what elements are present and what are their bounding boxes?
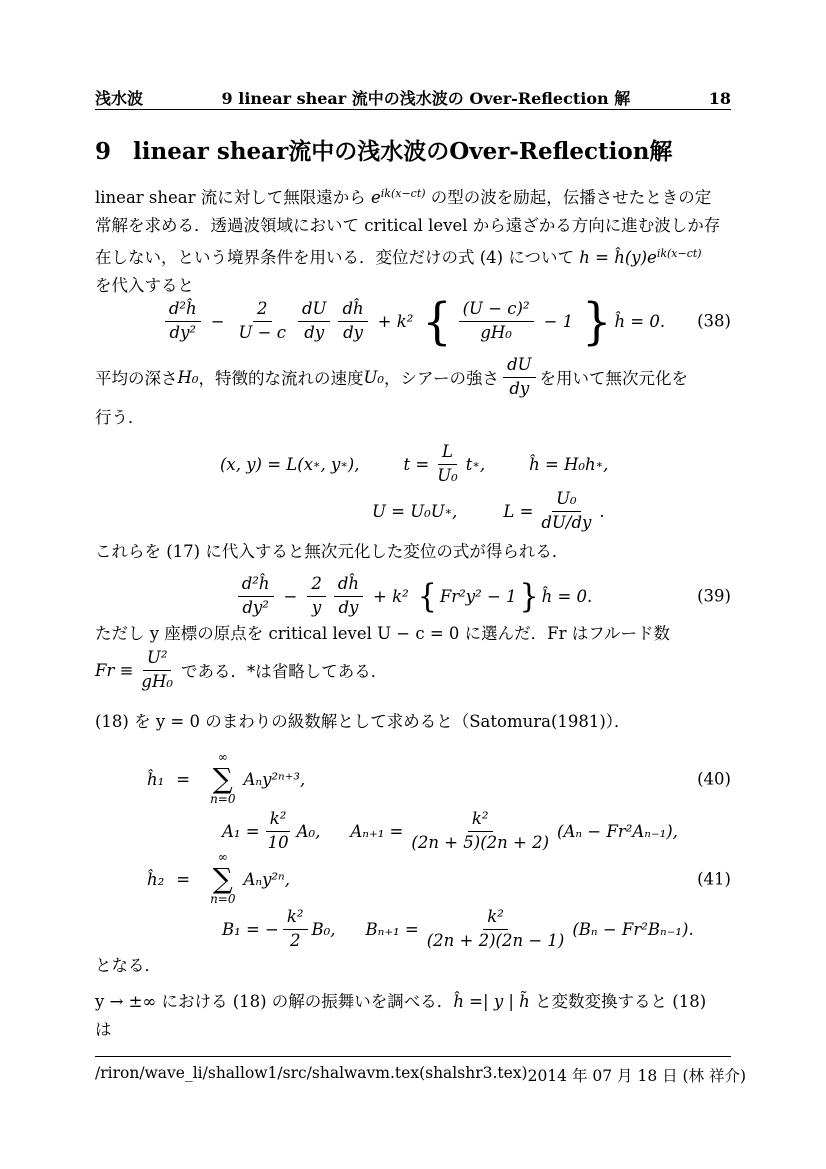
left-brace: { (422, 292, 451, 350)
running-head-left: 浅水波 (95, 86, 143, 109)
text: これらを (17) に代入すると無次元化した変位の式が得られる． (95, 542, 568, 561)
equation-number: (40) (697, 770, 731, 789)
equation-40-line-1: ĥ₁ = ∞ ∑ n=0 Aₙy²ⁿ⁺³, (40) (95, 752, 731, 806)
fraction: k²(2n + 5)(2n + 2) (407, 809, 553, 853)
numerator: k² (283, 907, 308, 930)
math: t (466, 455, 473, 474)
equation-number: (38) (697, 312, 731, 331)
text: y → ±∞ における (18) の解の振舞いを調べる． (95, 992, 453, 1011)
denominator: dy (300, 322, 328, 344)
numerator: 2 (253, 299, 272, 322)
math-Bn1: Bₙ₊₁ = (366, 920, 419, 939)
math-series-term: Aₙy²ⁿ, (244, 870, 290, 889)
nondim-equations-row-2: U = U₀U∗, L = U₀dU/dy . (95, 488, 731, 534)
denominator: y (308, 597, 325, 619)
fraction: LU₀ (433, 442, 462, 486)
sum-lower-limit: n=0 (210, 893, 235, 907)
fraction: U²gH₀ (137, 648, 177, 692)
denominator: dy (505, 378, 533, 400)
denominator: dy (334, 597, 362, 619)
math-An1: Aₙ₊₁ = (350, 822, 403, 841)
denominator: dy² (238, 597, 273, 619)
superscript-star: ∗ (472, 458, 479, 471)
fraction: dĥdy (334, 574, 363, 618)
superscript-star: ∗ (313, 458, 320, 471)
paragraph-1-line-3: 在しない，という境界条件を用いる．変位だけの式 (4) について h = ĥ(y… (95, 240, 731, 272)
math-recurrence: (Bₙ − Fr²Bₙ₋₁). (572, 920, 693, 939)
sigma-symbol: ∑ (213, 865, 233, 893)
fraction: k²10 (264, 809, 293, 853)
denominator: (2n + 5)(2n + 2) (407, 832, 553, 854)
denominator: dy (339, 322, 367, 344)
fraction: k²(2n + 2)(2n − 1) (423, 907, 569, 951)
equation-40-line-2: A₁ = k²10 A₀, Aₙ₊₁ = k²(2n + 5)(2n + 2) … (95, 808, 731, 854)
footer-date-author: 2014 年 07 月 18 日 (林 祥介) (528, 1064, 746, 1086)
math-h2-hat: ĥ₂ (147, 870, 164, 889)
math-recurrence: (Aₙ − Fr²Aₙ₋₁), (557, 822, 678, 841)
section-number: 9 (95, 138, 111, 165)
operator-plus-k2: + k² (373, 587, 409, 606)
math: (x, y) = L(x (220, 455, 313, 474)
superscript-star: ∗ (340, 458, 347, 471)
paragraph-5: (18) を y = 0 のまわりの級数解として求めると（Satomura(19… (95, 708, 731, 736)
math-e: e (371, 188, 381, 207)
text: 在しない，という境界条件を用いる．変位だけの式 (4) について (95, 248, 579, 267)
fraction: dUdy (298, 299, 330, 343)
footer: /riron/wave_li/shallow1/src/shalwavm.tex… (95, 1064, 731, 1086)
fraction: U₀dU/dy (537, 489, 595, 533)
denominator: 2 (286, 930, 305, 952)
fraction: d²ĥdy² (165, 299, 201, 343)
sigma-symbol: ∑ (213, 765, 233, 793)
numerator: d²ĥ (238, 574, 274, 597)
paragraph-4-line-2: Fr ≡ U²gH₀ である．*は省略してある． (95, 644, 731, 696)
text: linear shear 流に対して無限遠から (95, 188, 371, 207)
equals-sign: = (176, 870, 190, 889)
math: ĥ = H₀h (529, 455, 596, 474)
equation-38: d²ĥdy² − 2U − c dUdy dĥdy + k² { (U − c)… (95, 292, 731, 350)
numerator: dĥ (334, 574, 363, 597)
math: , (603, 455, 608, 474)
math-Fr: Fr ≡ (95, 661, 133, 680)
footer-file-path: /riron/wave_li/shallow1/src/shalwavm.tex… (95, 1064, 528, 1086)
equation-tail: ĥ = 0. (614, 312, 665, 331)
operator-plus-k2: + k² (378, 312, 414, 331)
math-variable-change: ĥ =| y | h̃ (453, 992, 530, 1011)
summation: ∞ ∑ n=0 (210, 751, 235, 807)
text: を用いて無次元化を (540, 365, 689, 389)
paragraph-3: これらを (17) に代入すると無次元化した変位の式が得られる． (95, 538, 731, 566)
numerator: dU (298, 299, 330, 322)
denominator: gH₀ (137, 671, 177, 693)
denominator: 10 (264, 832, 293, 854)
page-number: 18 (709, 89, 731, 108)
math-h1-hat: ĥ₁ (147, 770, 164, 789)
equation-number: (41) (697, 870, 731, 889)
numerator: U² (143, 648, 172, 671)
text: ，シアーの強さ (384, 365, 499, 389)
math-A0: A₀, (297, 822, 321, 841)
numerator: (U − c)² (459, 299, 534, 322)
math-U0: U₀ (364, 368, 385, 387)
paragraph-7-line-2: は (95, 1016, 731, 1044)
denominator: U₀ (433, 465, 462, 487)
running-head-center: 9 linear shear 流中の浅水波の Over-Reflection 解 (222, 86, 631, 109)
left-brace: { (418, 577, 437, 615)
math-exponent: ik(x−ct) (657, 247, 702, 260)
numerator: k² (266, 809, 291, 832)
math-B0: B₀, (312, 920, 336, 939)
operator-minus-one: − 1 (544, 312, 574, 331)
paragraph-2-line-2: 行う． (95, 404, 731, 432)
math-inner: Fr²y² − 1 (440, 587, 517, 606)
right-brace: } (520, 577, 539, 615)
running-head: 浅水波 9 linear shear 流中の浅水波の Over-Reflecti… (95, 86, 731, 109)
denominator: dy² (166, 322, 201, 344)
superscript-star: ∗ (445, 505, 452, 518)
paragraph-2-line-1: 平均の深さ H₀，特徴的な流れの速度 U₀，シアーの強さ dUdy を用いて無次… (95, 352, 731, 402)
numerator: dU (503, 355, 535, 378)
denominator: gH₀ (476, 322, 516, 344)
math: , (452, 502, 457, 521)
nondim-equations-row-1: (x, y) = L(x∗, y∗), t = LU₀ t∗, ĥ = H₀h∗… (95, 441, 731, 487)
fraction: 2y (307, 574, 326, 618)
paragraph-6: となる． (95, 952, 731, 980)
text: 行う． (95, 408, 145, 427)
equation-41-line-2: B₁ = − k²2 B₀, Bₙ₊₁ = k²(2n + 2)(2n − 1)… (95, 906, 731, 952)
sum-lower-limit: n=0 (210, 793, 235, 807)
summation: ∞ ∑ n=0 (210, 851, 235, 907)
equation-tail: ĥ = 0. (542, 587, 593, 606)
section-title: linear shear流中の浅水波のOver-Reflection解 (133, 133, 672, 166)
footer-rule (95, 1056, 731, 1057)
math-t-equals: t = (403, 455, 429, 474)
text: となる． (95, 956, 161, 975)
numerator: U₀ (552, 489, 581, 512)
text: である．*は省略してある． (181, 658, 387, 682)
text: ，特徴的な流れの速度 (199, 365, 364, 389)
text: ただし y 座標の原点を critical level U − c = 0 に選… (95, 624, 670, 643)
numerator: L (438, 442, 457, 465)
document-page: 浅水波 9 linear shear 流中の浅水波の Over-Reflecti… (0, 0, 826, 1169)
text: は (95, 1020, 112, 1039)
text: 常解を求める．透過波領域において critical level から遠ざかる方向… (95, 216, 720, 235)
math: . (599, 502, 604, 521)
paragraph-1-line-2: 常解を求める．透過波領域において critical level から遠ざかる方向… (95, 212, 731, 240)
math: , y (321, 455, 341, 474)
fraction: (U − c)²gH₀ (459, 299, 534, 343)
math: , (480, 455, 485, 474)
denominator: (2n + 2)(2n − 1) (423, 930, 569, 952)
numerator: k² (468, 809, 493, 832)
math: ), (348, 455, 360, 474)
right-brace: } (582, 292, 611, 350)
math-exponent: ik(x−ct) (381, 187, 426, 200)
paragraph-1-line-1: linear shear 流に対して無限遠から eik(x−ct) の型の波を励… (95, 180, 731, 212)
equation-39: d²ĥdy² − 2y dĥdy + k² { Fr²y² − 1 } ĥ = … (95, 570, 731, 622)
math-series-term: Aₙy²ⁿ⁺³, (244, 770, 306, 789)
fraction: dĥdy (338, 299, 367, 343)
text: (18) を y = 0 のまわりの級数解として求めると（Satomura(19… (95, 712, 631, 731)
fraction: d²ĥdy² (238, 574, 274, 618)
equation-number: (39) (697, 587, 731, 606)
text: の型の波を励起，伝播させたときの定 (426, 188, 712, 207)
superscript-star: ∗ (596, 458, 603, 471)
numerator: d²ĥ (165, 299, 201, 322)
operator-minus: − (211, 312, 225, 331)
numerator: 2 (307, 574, 326, 597)
math-B1: B₁ = − (222, 920, 279, 939)
fraction: k²2 (283, 907, 308, 951)
fraction: 2U − c (235, 299, 290, 343)
numerator: dĥ (338, 299, 367, 322)
denominator: dU/dy (537, 512, 595, 534)
equals-sign: = (176, 770, 190, 789)
math-A1: A₁ = (222, 822, 260, 841)
text: 平均の深さ (95, 365, 178, 389)
equation-41-line-1: ĥ₂ = ∞ ∑ n=0 Aₙy²ⁿ, (41) (95, 852, 731, 906)
math-h-hat: h = ĥ(y)e (579, 248, 657, 267)
numerator: k² (483, 907, 508, 930)
paragraph-1: linear shear 流に対して無限遠から eik(x−ct) の型の波を励… (95, 180, 731, 300)
denominator: U − c (235, 322, 290, 344)
text: と変数変換すると (18) (530, 992, 706, 1011)
math-H0: H₀ (178, 368, 199, 387)
paragraph-7-line-1: y → ±∞ における (18) の解の振舞いを調べる．ĥ =| y | h̃ … (95, 988, 731, 1016)
section-heading: 9 linear shear流中の浅水波のOver-Reflection解 (95, 133, 731, 166)
header-rule (95, 109, 731, 110)
fraction: dUdy (503, 355, 535, 399)
math-L-equals: L = (503, 502, 533, 521)
math: U = U₀U (372, 502, 445, 521)
operator-minus: − (284, 587, 298, 606)
